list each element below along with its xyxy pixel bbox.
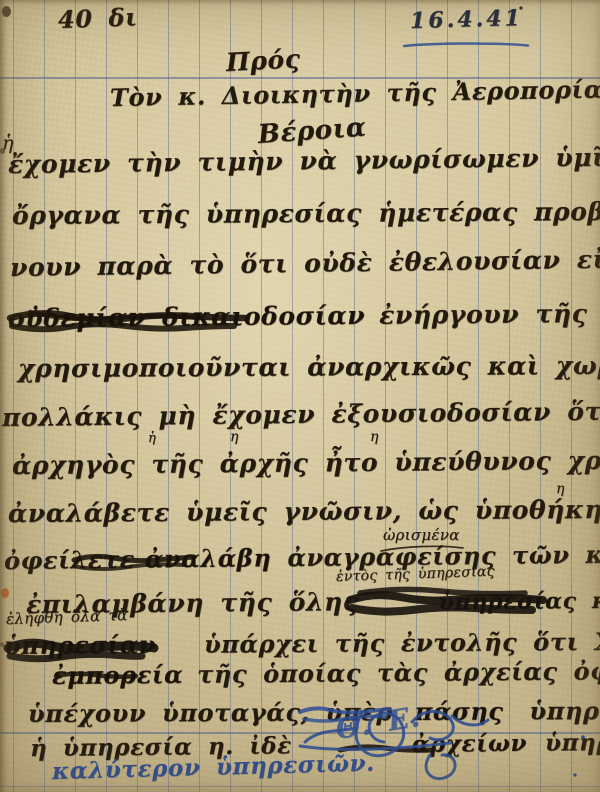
rust-stain (1, 588, 9, 598)
horizontal-rule-edge (0, 786, 600, 787)
diacritic-mark: η (370, 430, 379, 444)
body-line-12-struck: ἐμπορεία (52, 660, 183, 690)
body-line-7: ἀρχηγὸς τῆς ἀρχῆς ἦτο ὑπεύθυνος χρεὼ (12, 448, 600, 478)
salutation: Πρός (225, 46, 301, 75)
body-line-14-rest: ὑπηρεσίαν. (545, 728, 600, 757)
body-line-11-rest: ὑπάρχει τῆς ἐντολῆς ὅτι Χ 3 (204, 627, 600, 659)
body-line-13: ὑπέχουν ὑποταγάς, ὑπὲρπάσηςὑπηρεσίαν (28, 699, 600, 726)
body-line-12: ἐμπορείατῆς ὁποίας τὰς ἀρχείας ὀφείλετε … (52, 658, 600, 688)
body-line-4-rest: ἐνήργουν τῆς Ἀστυν. ὅτι (379, 297, 600, 329)
body-line-12-rest: τῆς ὁποίας τὰς ἀρχείας ὀφείλετε Ν (197, 655, 600, 689)
body-line-4-struck: οὐδεμίαν δικαιοδοσίαν (8, 301, 365, 333)
manuscript-page: 40 δι 16.4.41 Πρός Τὸν κ. Διοικητὴν τῆς … (0, 0, 600, 792)
marginal-note: ἐλήφθη ὅλα τὰ (6, 608, 128, 627)
body-line-11: ὑπηρεσίανὑπάρχει τῆς ἐντολῆς ὅτι Χ 3 (4, 630, 600, 658)
diacritic-mark: η (230, 430, 239, 444)
date: 16.4.41 (410, 7, 523, 32)
place-line: Βέροια (257, 114, 367, 148)
body-line-9-struck: ἀναλάβη (145, 543, 272, 573)
body-line-13-rest: ὑπηρεσίαν (529, 696, 600, 726)
body-line-8: ἀναλάβετε ὑμεῖς γνῶσιν, ὡς ὑποθήκην ὅ (8, 496, 600, 526)
body-line-3: νουν παρὰ τὸ ὅτι οὐδὲ ἐθελουσίαν εἰς τὸ (10, 246, 600, 280)
body-line-11-struck: ὑπηρεσίαν (4, 630, 156, 660)
body-line-2: ὄργανα τῆς ὑπηρεσίας ἡμετέρας προβαί- (12, 199, 600, 228)
body-line-6: πολλάκις μὴ ἔχομεν ἐξουσιοδοσίαν ὅτι ὁ (2, 398, 600, 430)
body-line-1: ἔχομεν τὴν τιμὴν νὰ γνωρίσωμεν ὑμῖν ὅτι (8, 144, 600, 177)
body-line-14-struck: ἀρχείων (412, 730, 528, 758)
body-line-13-scribbled: πάσης (415, 697, 504, 726)
body-line-4: οὐδεμίαν δικαιοδοσίανἐνήργουν τῆς Ἀστυν.… (8, 299, 600, 331)
folio-number: 40 δι (58, 5, 138, 32)
body-line-10-struck: ὑπηρεσίας καταδίκων (439, 587, 600, 616)
diacritic-mark: ἡ (148, 432, 156, 445)
body-line-5: χρησιμοποιοῦνται ἀναρχικῶς καὶ χωρὶς (18, 353, 600, 381)
page-left-edge (0, 0, 8, 792)
body-line-9: ὀφείλετεἀναλάβηἀναγραφείσης τῶν κατάδικ- (4, 542, 600, 573)
body-line-9-pre: ὀφείλετε (4, 545, 135, 575)
diacritic-mark: η (556, 482, 565, 496)
paper-stain (2, 6, 11, 17)
